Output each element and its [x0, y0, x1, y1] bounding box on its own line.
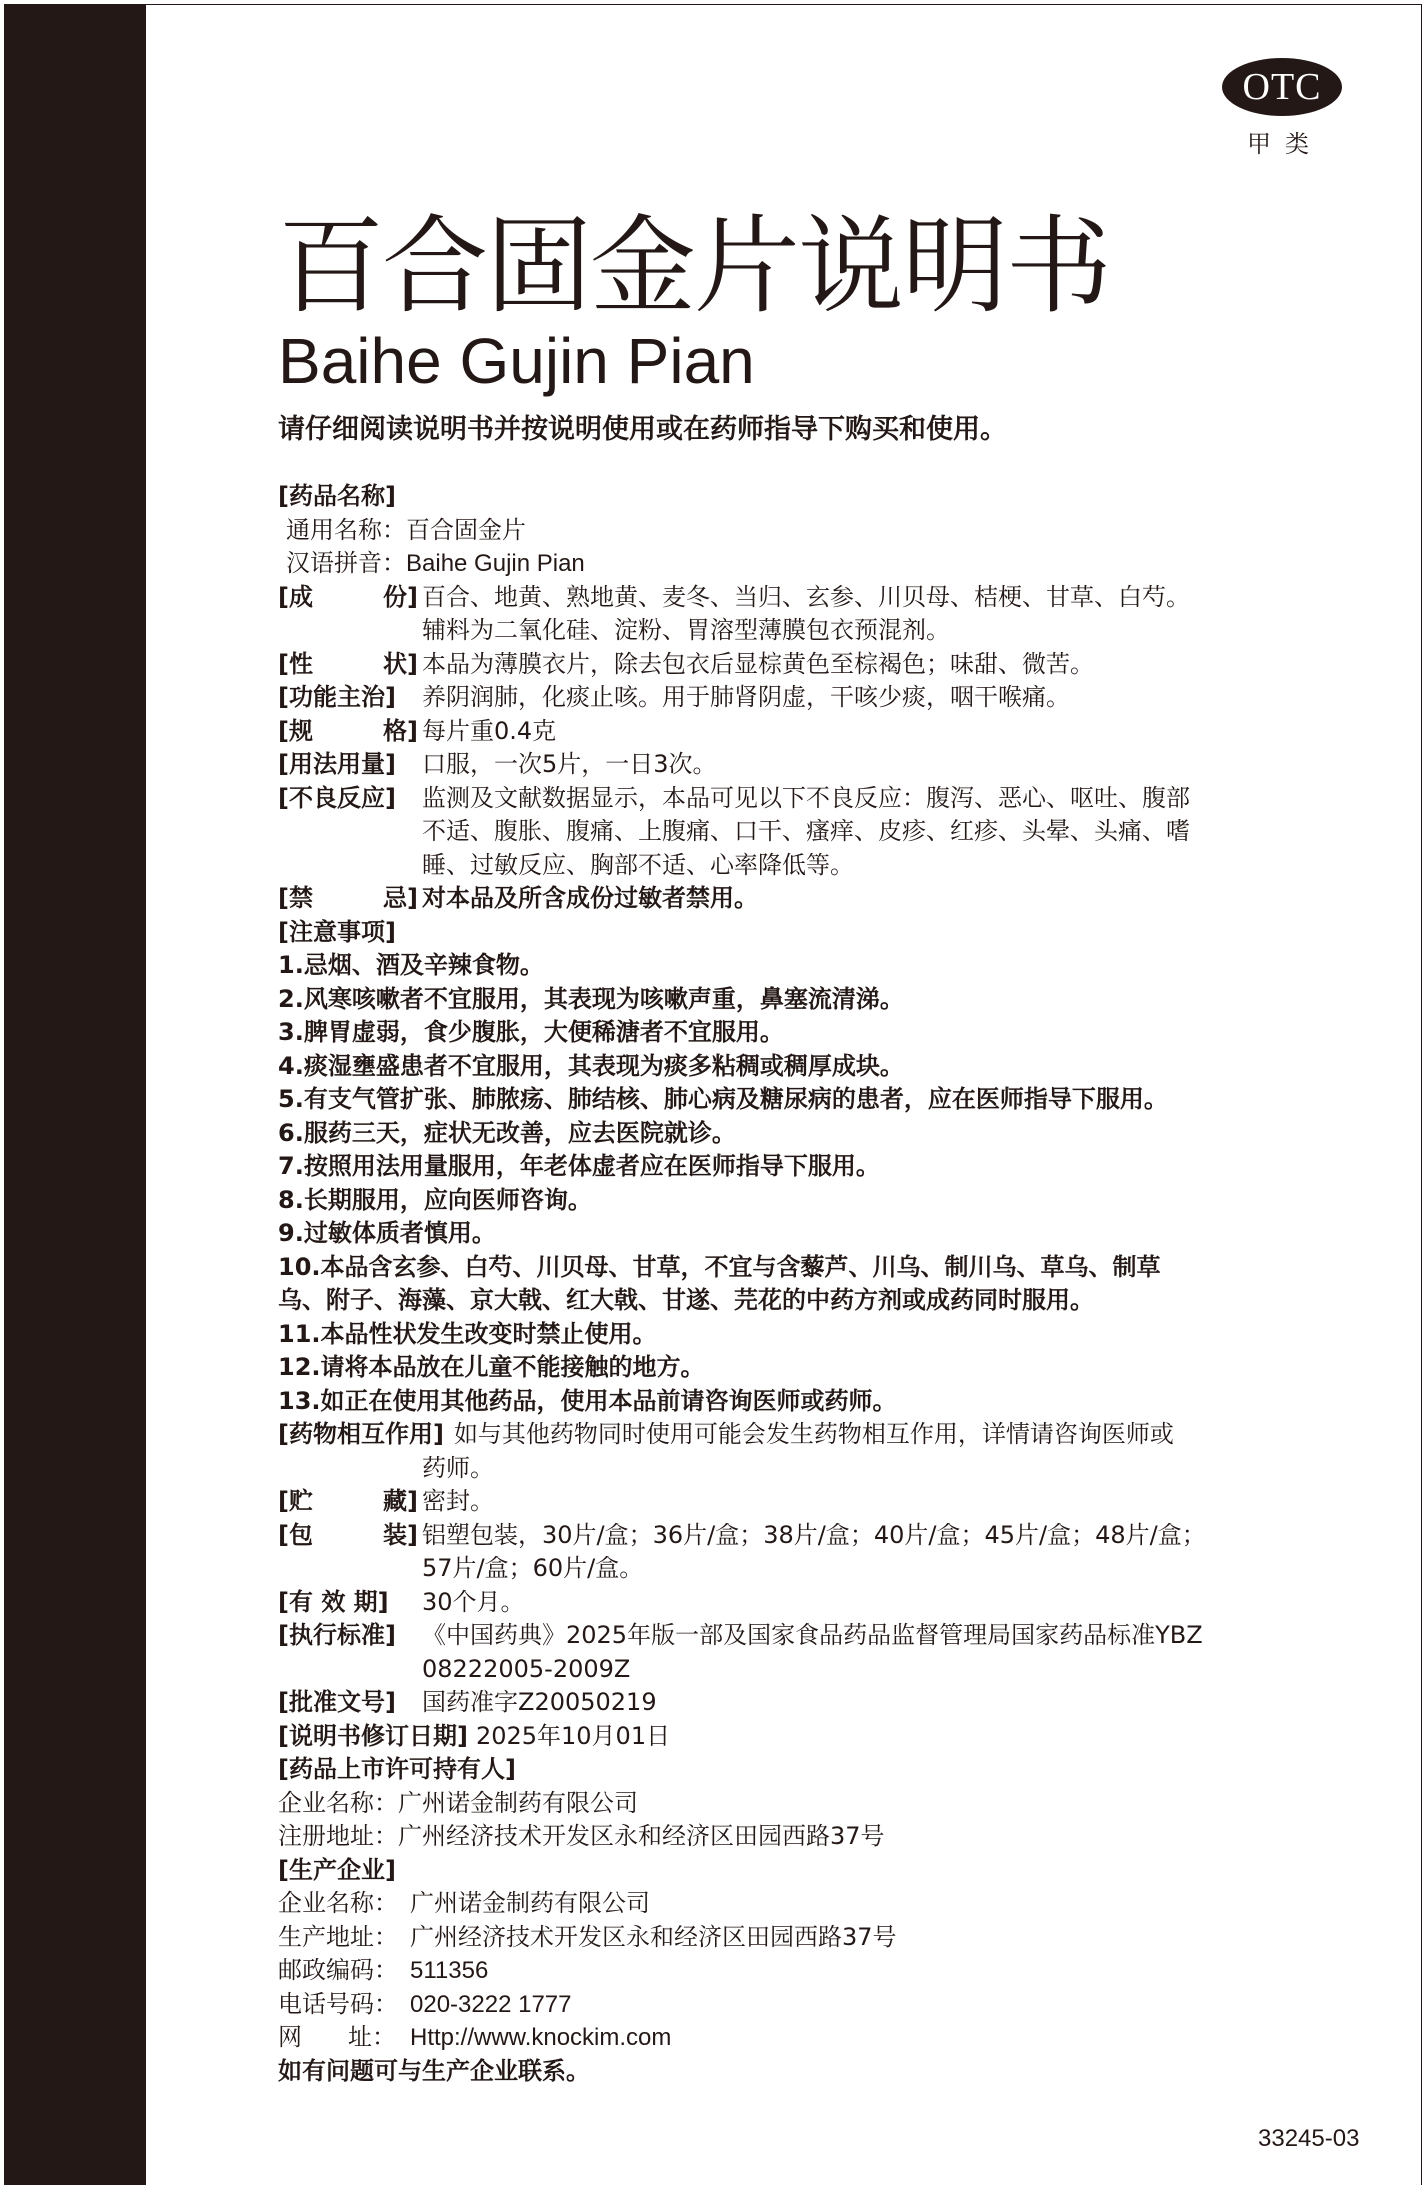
precaution-item: 8.长期服用，应向医师咨询。	[278, 1184, 1318, 1218]
specification-label: [规格]	[278, 715, 418, 749]
precaution-item: 9.过敏体质者慎用。	[278, 1217, 1318, 1251]
approval-row: [批准文号] 国药准字Z20050219	[278, 1686, 1318, 1720]
precaution-item: 13.如正在使用其他药品，使用本品前请咨询医师或药师。	[278, 1385, 1318, 1419]
shelf-life-row: [有 效 期] 30个月。	[278, 1586, 1318, 1620]
footer-contact-note: 如有问题可与生产企业联系。	[278, 2055, 1318, 2089]
manufacturer-name-row: 企业名称：广州诺金制药有限公司	[278, 1887, 1318, 1921]
standard-line2: 08222005-2009Z	[278, 1653, 1318, 1687]
precautions-heading: [注意事项]	[278, 916, 1318, 950]
adverse-reactions-row: [不良反应] 监测及文献数据显示，本品可见以下不良反应：腹泻、恶心、呕吐、腹部	[278, 782, 1318, 816]
appearance-label: [性状]	[278, 648, 418, 682]
precaution-item: 3.脾胃虚弱，食少腹胀，大便稀溏者不宜服用。	[278, 1016, 1318, 1050]
mah-name-row: 企业名称：广州诺金制药有限公司	[278, 1787, 1318, 1821]
postcode-row: 邮政编码：511356	[278, 1954, 1318, 1988]
packaging-line2: 57片/盒；60片/盒。	[278, 1552, 1318, 1586]
reading-notice: 请仔细阅读说明书并按说明使用或在药师指导下购买和使用。	[278, 410, 1007, 450]
otc-badge: OTC	[1222, 58, 1342, 116]
adverse-reactions-line2: 不适、腹胀、腹痛、上腹痛、口干、瘙痒、皮疹、红疹、头晕、头痛、嗜	[278, 815, 1318, 849]
section-drug-name-heading: [药品名称]	[278, 480, 1318, 514]
precaution-item: 7.按照用法用量服用，年老体虚者应在医师指导下服用。	[278, 1150, 1318, 1184]
standard-row: [执行标准] 《中国药典》2025年版一部及国家食品药品监督管理局国家药品标准Y…	[278, 1619, 1318, 1653]
ingredients-excipients: 辅料为二氧化硅、淀粉、胃溶型薄膜包衣预混剂。	[278, 614, 1318, 648]
left-dark-bar	[4, 4, 146, 2185]
adverse-reactions-line3: 睡、过敏反应、胸部不适、心率降低等。	[278, 849, 1318, 883]
pinyin-row: 汉语拼音：Baihe Gujin Pian	[278, 547, 1318, 581]
website-row: 网址：Http://www.knockim.com	[278, 2021, 1318, 2055]
ingredients-label: [成份]	[278, 581, 418, 615]
document-code: 33245-03	[1258, 2125, 1359, 2153]
frame-top-border	[146, 4, 1422, 5]
packaging-row: [包装] 铝塑包装，30片/盒；36片/盒；38片/盒；40片/盒；45片/盒；…	[278, 1519, 1318, 1553]
phone-row: 电话号码：020-3222 1777	[278, 1988, 1318, 2022]
storage-label: [贮藏]	[278, 1485, 418, 1519]
ingredients-row: [成份] 百合、地黄、熟地黄、麦冬、当归、玄参、川贝母、桔梗、甘草、白芍。	[278, 581, 1318, 615]
leaflet-body: [药品名称] 通用名称：百合固金片 汉语拼音：Baihe Gujin Pian …	[278, 480, 1318, 2088]
otc-class-label: 甲类	[1240, 124, 1330, 159]
precaution-item: 10.本品含玄参、白芍、川贝母、甘草，不宜与含藜芦、川乌、制川乌、草乌、制草	[278, 1251, 1318, 1285]
manufacturer-heading: [生产企业]	[278, 1854, 1318, 1888]
revision-date-row: [说明书修订日期] 2025年10月01日	[278, 1720, 1318, 1754]
indications-row: [功能主治] 养阴润肺，化痰止咳。用于肺肾阴虚，干咳少痰，咽干喉痛。	[278, 681, 1318, 715]
precaution-item: 12.请将本品放在儿童不能接触的地方。	[278, 1351, 1318, 1385]
document-title: 百合固金片说明书	[278, 212, 1110, 322]
dosage-row: [用法用量] 口服，一次5片，一日3次。	[278, 748, 1318, 782]
interactions-row: [药物相互作用] 如与其他药物同时使用可能会发生药物相互作用，详情请咨询医师或	[278, 1418, 1318, 1452]
mah-address-row: 注册地址：广州经济技术开发区永和经济区田园西路37号	[278, 1820, 1318, 1854]
appearance-row: [性状] 本品为薄膜衣片，除去包衣后显棕黄色至棕褐色；味甜、微苦。	[278, 648, 1318, 682]
generic-name-row: 通用名称：百合固金片	[278, 514, 1318, 548]
precaution-item: 11.本品性状发生改变时禁止使用。	[278, 1318, 1318, 1352]
precaution-item: 5.有支气管扩张、肺脓疡、肺结核、肺心病及糖尿病的患者，应在医师指导下服用。	[278, 1083, 1318, 1117]
precaution-item: 6.服药三天，症状无改善，应去医院就诊。	[278, 1117, 1318, 1151]
precaution-item: 2.风寒咳嗽者不宜服用，其表现为咳嗽声重，鼻塞流清涕。	[278, 983, 1318, 1017]
specification-row: [规格] 每片重0.4克	[278, 715, 1318, 749]
contraindications-label: [禁忌]	[278, 882, 418, 916]
contraindications-row: [禁忌] 对本品及所含成份过敏者禁用。	[278, 882, 1318, 916]
precaution-item: 4.痰湿壅盛患者不宜服用，其表现为痰多粘稠或稠厚成块。	[278, 1050, 1318, 1084]
interactions-line2: 药师。	[278, 1452, 1318, 1486]
mah-heading: [药品上市许可持有人]	[278, 1753, 1318, 1787]
precaution-item: 1.忌烟、酒及辛辣食物。	[278, 949, 1318, 983]
manufacturer-address-row: 生产地址：广州经济技术开发区永和经济区田园西路37号	[278, 1921, 1318, 1955]
precaution-item-continued: 乌、附子、海藻、京大戟、红大戟、甘遂、芫花的中药方剂或成药同时服用。	[278, 1284, 1318, 1318]
storage-row: [贮藏] 密封。	[278, 1485, 1318, 1519]
frame-right-border	[1421, 4, 1422, 2185]
packaging-label: [包装]	[278, 1519, 418, 1553]
website-link[interactable]: Http://www.knockim.com	[410, 2021, 671, 2055]
document-subtitle: Baihe Gujin Pian	[278, 325, 755, 397]
